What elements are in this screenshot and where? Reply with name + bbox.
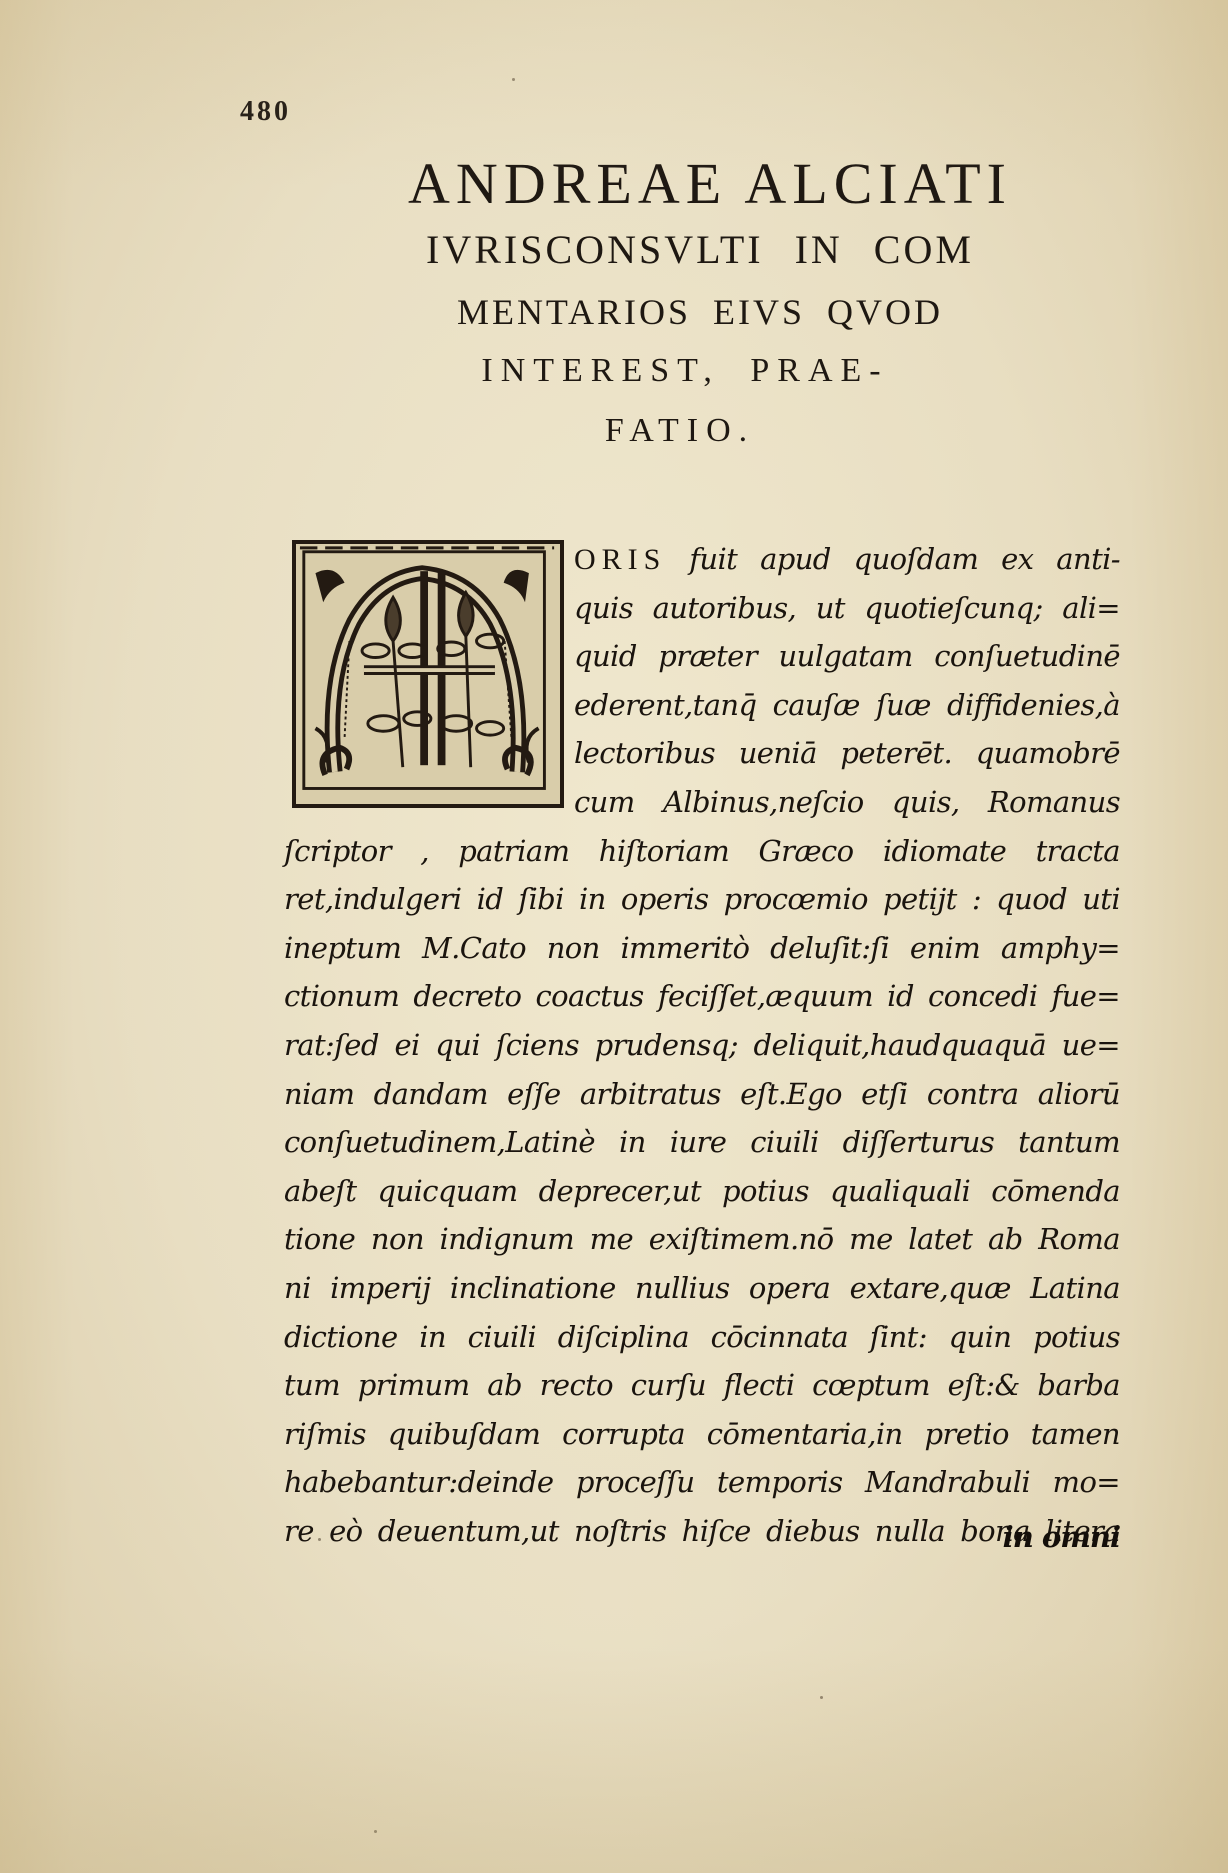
- text-line-21: re eò deuentum,ut noſtris hiſce diebus n…: [284, 1507, 1120, 1556]
- text-line-5: lectoribus ueniā peterēt. quamobrē: [574, 729, 1120, 778]
- heading-line-3: MENTARIOS EIVS QVOD: [270, 282, 1130, 342]
- paper-speck: [374, 1830, 377, 1833]
- body-text: ORIS fuit apud quoſdam ex anti- quis aut…: [284, 535, 1120, 1555]
- catchword: in omni: [1003, 1520, 1120, 1554]
- text-line-8: ret,indulgeri id ſibi in operis procœmio…: [284, 875, 1120, 924]
- page-number: 480: [240, 96, 291, 128]
- text-line-7: ſcriptor , patriam hiſtoriam Græco idiom…: [284, 827, 1120, 876]
- text-line-6: cum Albinus,neſcio quis, Romanus: [574, 778, 1120, 827]
- text-line-12: niam dandam eſſe arbitratus eſt.Ego etſi…: [284, 1070, 1120, 1119]
- heading-line-4: INTEREST, PRAE-: [240, 342, 1130, 400]
- text-line-18: tum primum ab recto curſu flecti cœptum …: [284, 1361, 1120, 1410]
- text-line-1: ORIS fuit apud quoſdam ex anti-: [574, 535, 1120, 584]
- text-line-16: ni imperij inclinatione nullius opera ex…: [284, 1264, 1120, 1313]
- paper-speck: [820, 1696, 823, 1699]
- heading-line-5: FATIO.: [230, 400, 1130, 462]
- text-line-20: habebantur:deinde proceſſu temporis Mand…: [284, 1458, 1120, 1507]
- heading-line-2: IVRISCONSVLTI IN COM: [270, 218, 1130, 282]
- text-line-15: tione non indignum me exiſtimem.nō me la…: [284, 1215, 1120, 1264]
- text-line-9: ineptum M.Cato non immeritò deluſit:ſi e…: [284, 924, 1120, 973]
- text-line-10: ctionum decreto coactus feciſſet,æquum i…: [284, 972, 1120, 1021]
- text-line-3: quid præter uulgatam conſuetudinē: [574, 632, 1120, 681]
- text-line-19: riſmis quibuſdam corrupta cōmentaria,in …: [284, 1410, 1120, 1459]
- text-line-14: abeſt quicquam deprecer,ut potius qualiq…: [284, 1167, 1120, 1216]
- text-line-1-content: fuit apud quoſdam ex anti-: [689, 542, 1120, 576]
- page-heading: ANDREAE ALCIATI IVRISCONSVLTI IN COM MEN…: [270, 150, 1130, 462]
- heading-line-1: ANDREAE ALCIATI: [290, 150, 1130, 218]
- book-page: 480 ANDREAE ALCIATI IVRISCONSVLTI IN COM…: [0, 0, 1228, 1873]
- paper-speck: [318, 1538, 321, 1541]
- text-line-11: rat:ſed ei qui ſciens prudensq; deliquit…: [284, 1021, 1120, 1070]
- first-word-caps: ORIS: [574, 543, 666, 576]
- text-line-2: quis autoribus, ut quotieſcunq; ali=: [574, 584, 1120, 633]
- text-line-13: conſuetudinem,Latinè in iure ciuili diſſ…: [284, 1118, 1120, 1167]
- text-line-17: dictione in ciuili diſciplina cōcinnata …: [284, 1313, 1120, 1362]
- text-line-4: ederent,tanq̄ cauſæ ſuæ diffidenies,à: [574, 681, 1120, 730]
- paper-speck: [512, 78, 515, 81]
